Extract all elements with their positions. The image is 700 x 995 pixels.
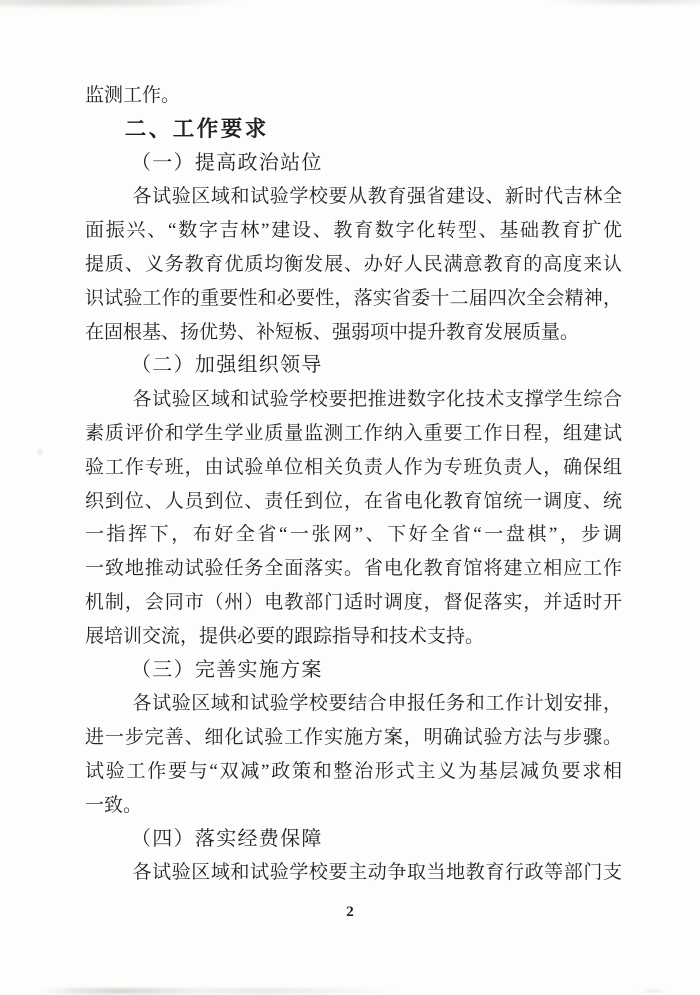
text-line-para-line: 识试验工作的重要性和必要性，落实省委十二届四次全会精神， (85, 282, 622, 316)
scan-smudge-bottom-right (638, 989, 668, 993)
scan-smudge-top-left (0, 0, 240, 9)
text-line-para-line: 面振兴、“数字吉林”建设、教育数字化转型、基础教育扩优 (85, 214, 622, 248)
page-number: 2 (0, 904, 700, 921)
text-line-para-line: 机制，会同市（州）电教部门适时调度，督促落实，并适时开 (85, 586, 622, 620)
document-body: 监测工作。二、工作要求（一）提高政治站位各试验区域和试验学校要从教育强省建设、新… (85, 79, 622, 890)
text-line-para-end: 监测工作。 (85, 79, 622, 113)
scanned-document-page: 监测工作。二、工作要求（一）提高政治站位各试验区域和试验学校要从教育强省建设、新… (0, 0, 700, 995)
text-line-heading2: （四）落实经费保障 (85, 823, 622, 857)
text-line-heading1: 二、工作要求 (85, 113, 622, 147)
text-line-para-line: 进一步完善、细化试验工作实施方案，明确试验方法与步骤。 (85, 721, 622, 755)
text-line-para-line: 一指挥下，布好全省“一张网”、下好全省“一盘棋”，步调 (85, 518, 622, 552)
text-line-para-line: 验工作专班，由试验单位相关负责人作为专班负责人，确保组 (85, 451, 622, 485)
scan-smudge-bottom-left (40, 988, 400, 994)
text-line-para-end: 展培训交流，提供必要的跟踪指导和技术支持。 (85, 620, 622, 654)
text-line-para-start: 各试验区域和试验学校要主动争取当地教育行政等部门支 (85, 856, 622, 890)
text-line-para-line: 提质、义务教育优质均衡发展、办好人民满意教育的高度来认 (85, 248, 622, 282)
scan-smudge-top-right (548, 0, 700, 6)
text-line-heading2: （一）提高政治站位 (85, 147, 622, 181)
text-line-para-line: 试验工作要与“双减”政策和整治形式主义为基层减负要求相 (85, 755, 622, 789)
text-line-para-start: 各试验区域和试验学校要把推进数字化技术支撑学生综合 (85, 383, 622, 417)
text-line-para-end: 在固根基、扬优势、补短板、强弱项中提升教育发展质量。 (85, 316, 622, 350)
text-line-para-line: 一致地推动试验任务全面落实。省电化教育馆将建立相应工作 (85, 552, 622, 586)
text-line-para-line: 织到位、人员到位、责任到位，在省电化教育馆统一调度、统 (85, 485, 622, 519)
text-line-para-line: 素质评价和学生学业质量监测工作纳入重要工作日程，组建试 (85, 417, 622, 451)
text-line-para-start: 各试验区域和试验学校要从教育强省建设、新时代吉林全 (85, 180, 622, 214)
scan-speck (36, 448, 44, 456)
text-line-heading2: （三）完善实施方案 (85, 654, 622, 688)
text-line-heading2: （二）加强组织领导 (85, 349, 622, 383)
text-line-para-end: 一致。 (85, 789, 622, 823)
text-line-para-start: 各试验区域和试验学校要结合申报任务和工作计划安排， (85, 687, 622, 721)
